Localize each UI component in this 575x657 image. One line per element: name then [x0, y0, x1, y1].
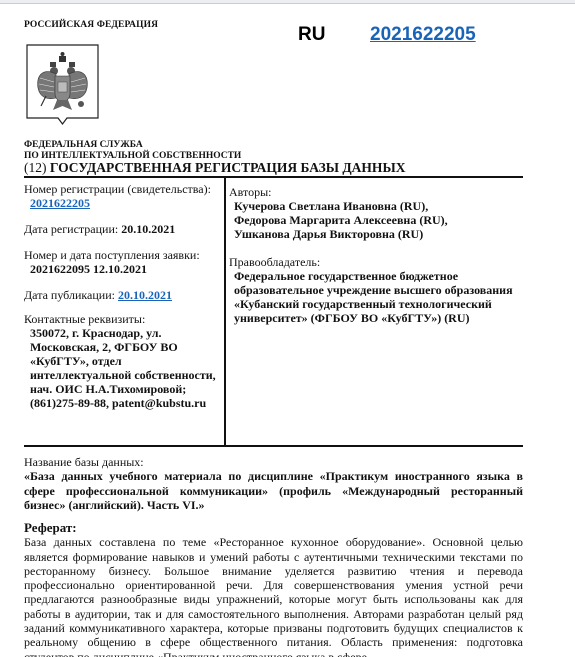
agency-name: ФЕДЕРАЛЬНАЯ СЛУЖБА ПО ИНТЕЛЛЕКТУАЛЬНОЙ С…: [24, 140, 241, 162]
authors-label: Авторы:: [229, 185, 524, 199]
registration-number-link[interactable]: 2021622205: [370, 24, 476, 46]
registration-number-field: Номер регистрации (свидетельства): 20216…: [24, 182, 222, 210]
author-item: Ушканова Дарья Викторовна (RU): [229, 227, 524, 241]
russian-coat-of-arms-icon: [26, 44, 99, 130]
author-item: Федорова Маргарита Алексеевна (RU),: [229, 213, 524, 227]
viewer-top-bar: [0, 0, 575, 4]
registration-number-value-link[interactable]: 2021622205: [30, 196, 90, 210]
registration-details: Номер регистрации (свидетельства): 20216…: [24, 182, 222, 419]
publication-date-field: Дата публикации: 20.10.2021: [24, 288, 222, 302]
document-type: ГОСУДАРСТВЕННАЯ РЕГИСТРАЦИЯ БАЗЫ ДАННЫХ: [50, 160, 406, 175]
country-code: RU: [298, 24, 325, 46]
application-label: Номер и дата поступления заявки:: [24, 248, 222, 262]
registration-date-value: 20.10.2021: [121, 222, 175, 236]
database-name-label: Название базы данных:: [24, 455, 523, 469]
authors-and-holder: Авторы: Кучерова Светлана Ивановна (RU),…: [229, 185, 524, 325]
table-bottom-border: [24, 445, 523, 447]
agency-line-1: ФЕДЕРАЛЬНАЯ СЛУЖБА: [24, 140, 241, 151]
contacts-label: Контактные реквизиты:: [24, 312, 222, 326]
application-value: 2021622095 12.10.2021: [24, 262, 222, 276]
document-code: (12): [24, 160, 47, 175]
contacts-field: Контактные реквизиты: 350072, г. Краснод…: [24, 312, 222, 410]
database-name-value: «База данных учебного материала по дисци…: [24, 469, 523, 512]
registration-date-label: Дата регистрации:: [24, 222, 118, 236]
publication-date-label: Дата публикации:: [24, 288, 115, 302]
table-top-border: [24, 176, 523, 178]
abstract-text: База данных составлена по теме «Ресторан…: [24, 535, 523, 657]
publication-date-link[interactable]: 20.10.2021: [118, 288, 172, 302]
table-column-divider: [224, 176, 226, 446]
registration-date-field: Дата регистрации: 20.10.2021: [24, 222, 222, 236]
database-name-section: Название базы данных: «База данных учебн…: [24, 455, 523, 512]
application-field: Номер и дата поступления заявки: 2021622…: [24, 248, 222, 276]
abstract-label: Реферат:: [24, 521, 523, 535]
abstract-section: Реферат: База данных составлена по теме …: [24, 521, 523, 657]
holder-value: Федеральное государственное бюджетное об…: [229, 269, 514, 325]
contacts-value: 350072, г. Краснодар, ул. Московская, 2,…: [24, 326, 222, 410]
registration-number-label: Номер регистрации (свидетельства):: [24, 182, 222, 196]
holder-label: Правообладатель:: [229, 255, 524, 269]
document-type-title: (12) ГОСУДАРСТВЕННАЯ РЕГИСТРАЦИЯ БАЗЫ ДА…: [24, 160, 405, 175]
country-name: РОССИЙСКАЯ ФЕДЕРАЦИЯ: [24, 20, 158, 30]
author-item: Кучерова Светлана Ивановна (RU),: [229, 199, 524, 213]
